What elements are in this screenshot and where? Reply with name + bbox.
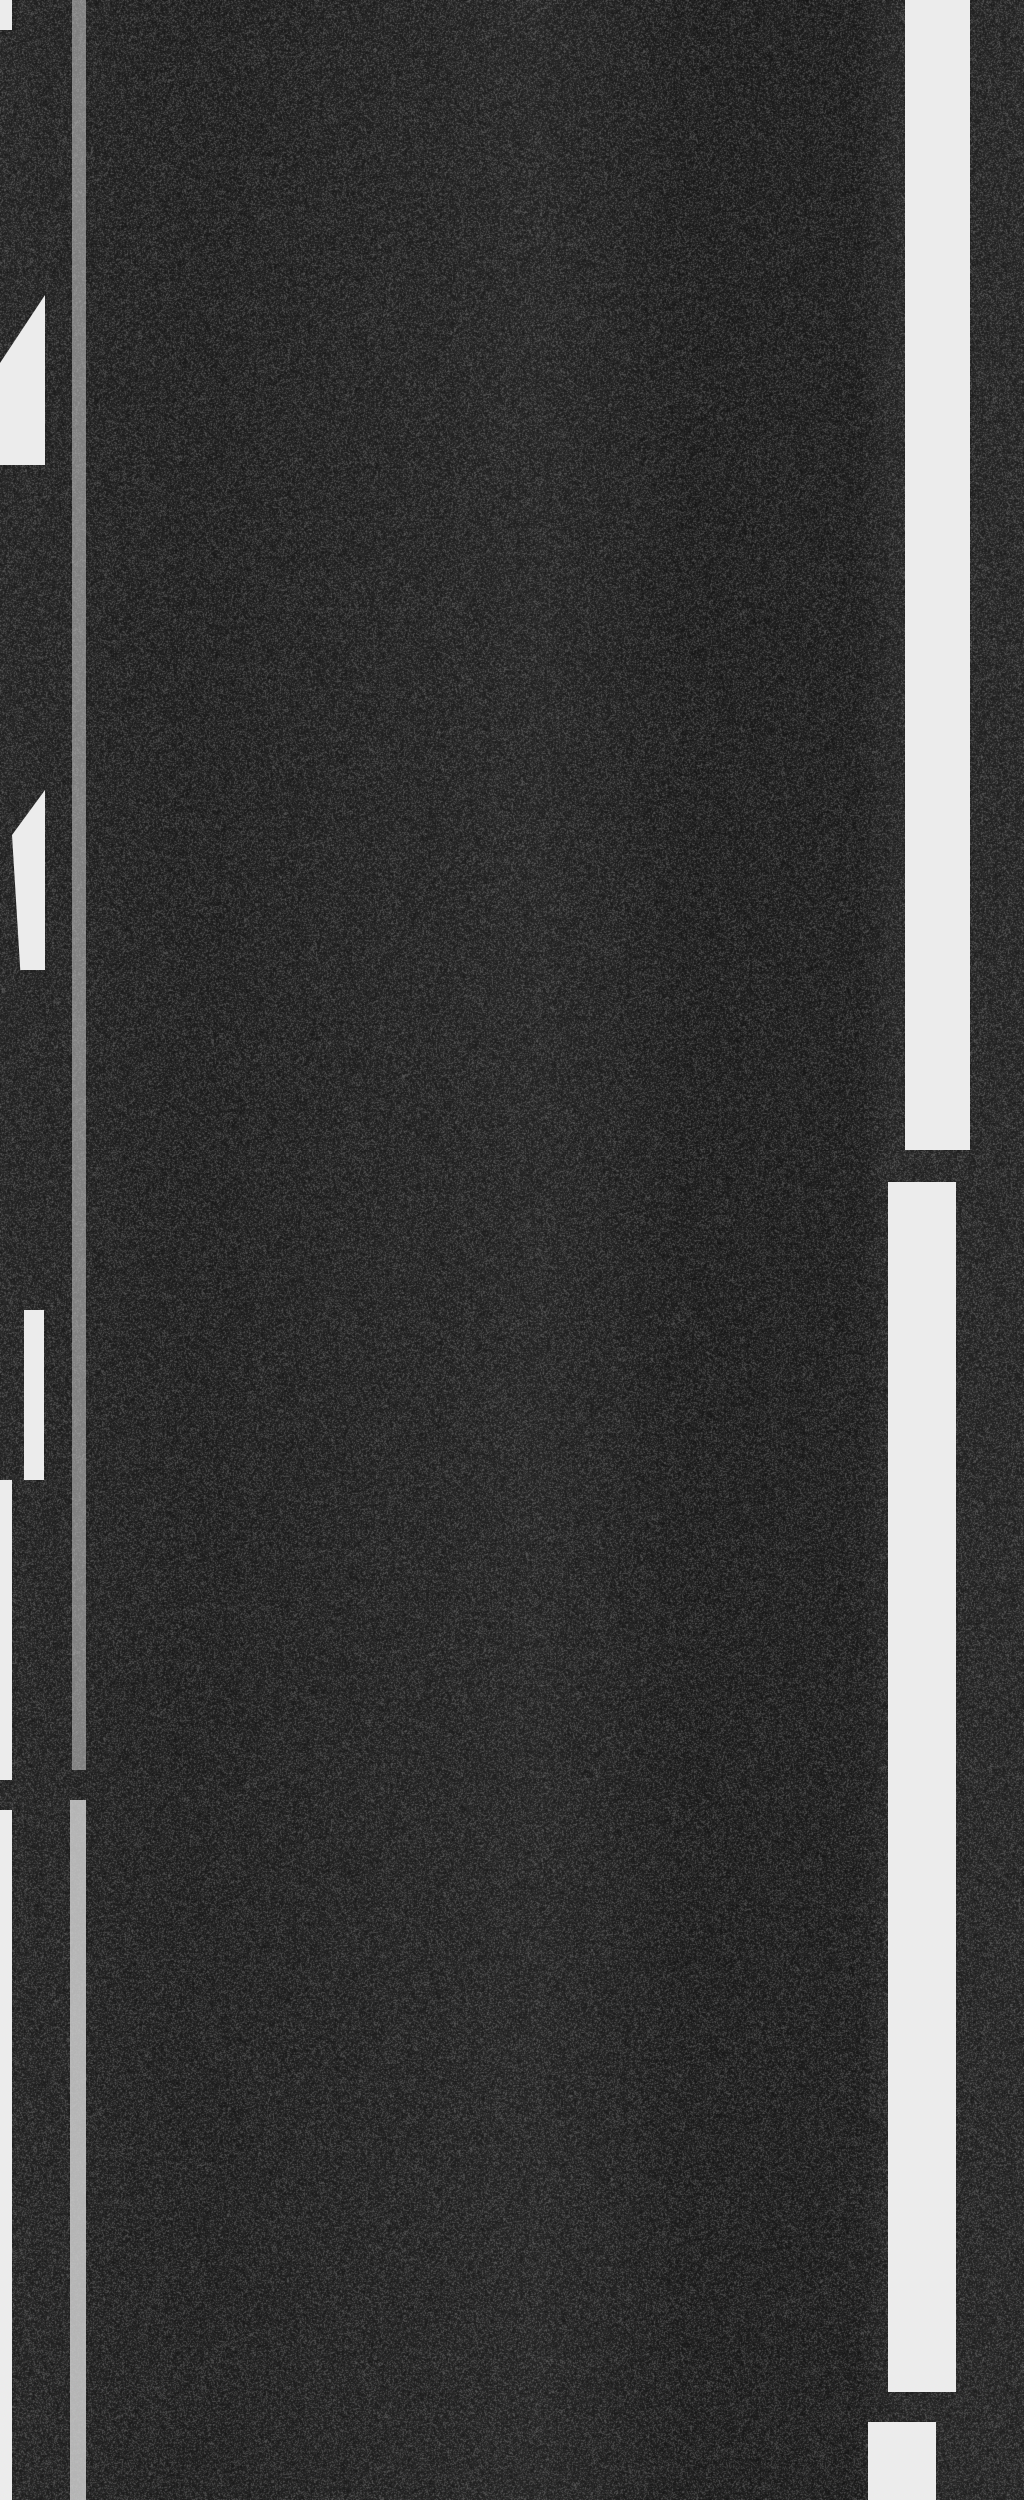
left-dash-5 [0,1480,12,1780]
right-edge-line-1 [905,0,970,1150]
asphalt-texture [0,0,1024,2500]
right-edge-line-3 [868,2422,936,2500]
right-edge-line-2 [888,1182,956,2392]
left-dotted-line-lower [70,1800,86,2500]
left-dotted-line [72,0,86,1770]
road-surface [0,0,1024,2500]
left-dash-1 [0,0,12,30]
left-dash-6 [0,1810,12,2500]
left-dash-4 [24,1310,44,1480]
